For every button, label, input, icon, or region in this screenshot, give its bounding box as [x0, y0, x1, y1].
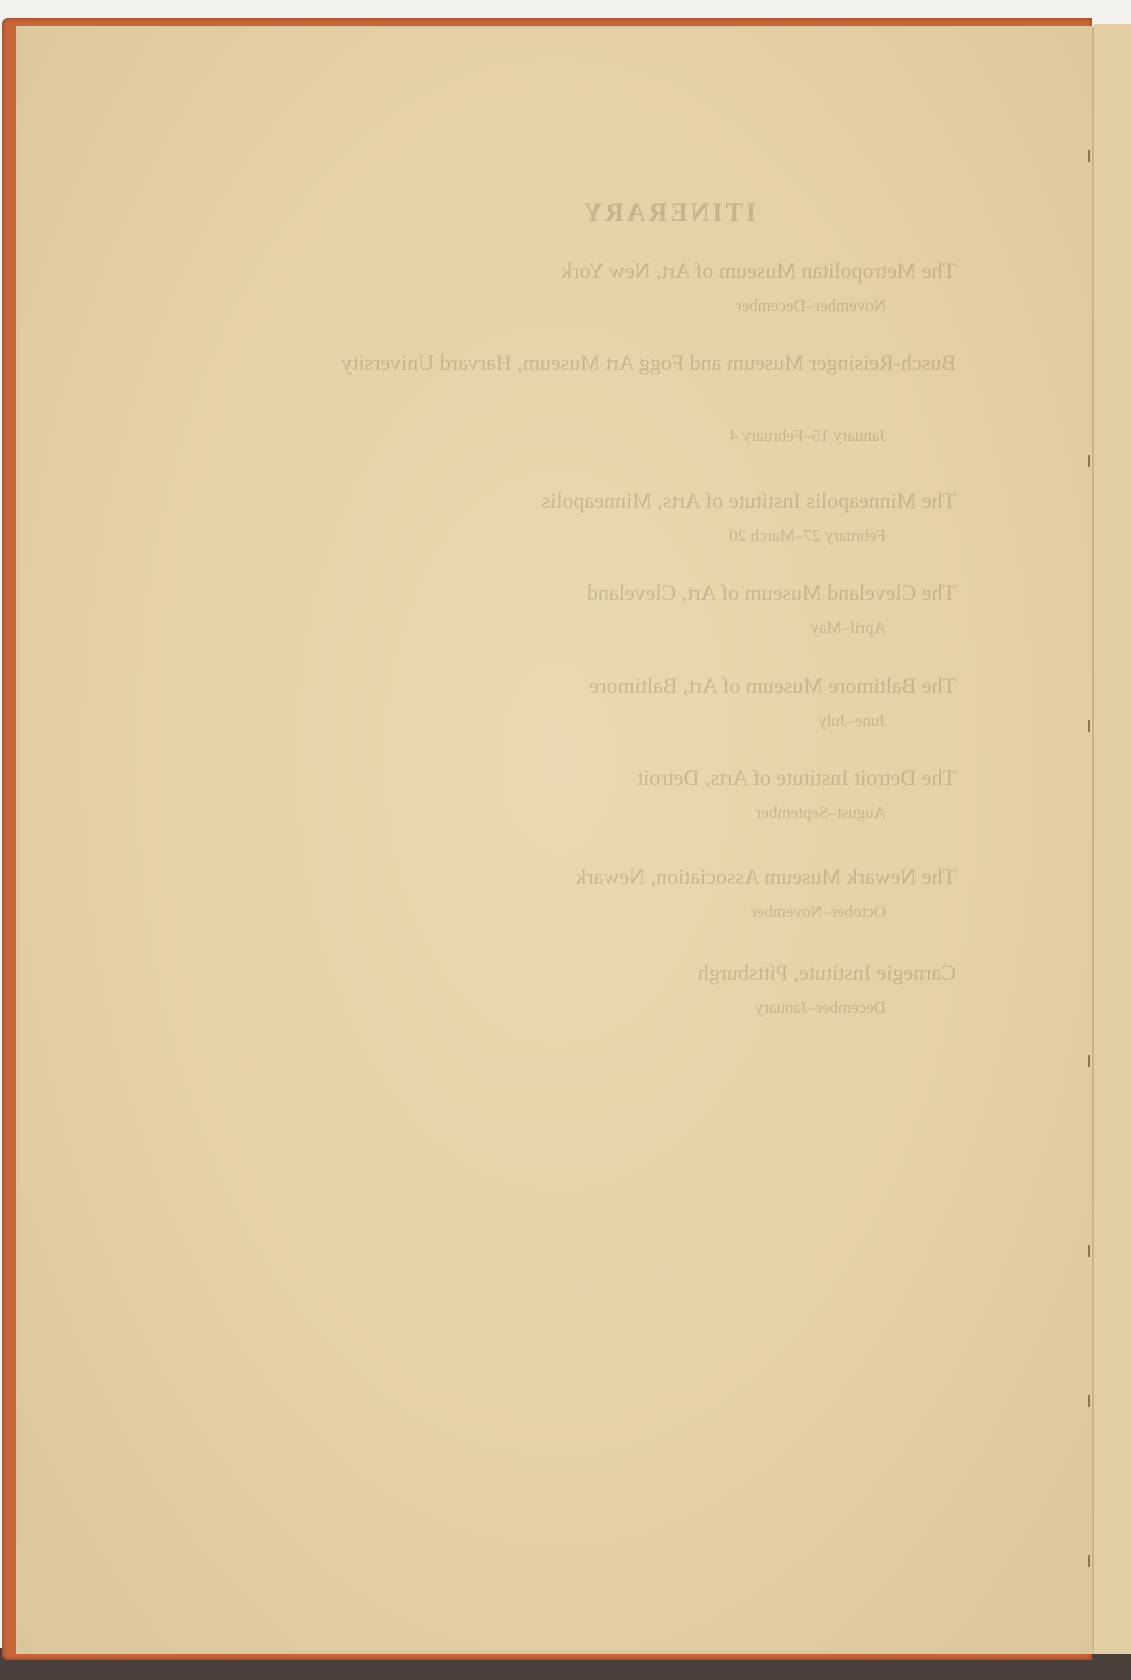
- itinerary-dates: February 27–March 20: [729, 526, 886, 546]
- itinerary-dates: June–July: [818, 711, 886, 731]
- itinerary-venue: The Baltimore Museum of Art, Baltimore: [589, 673, 956, 699]
- binding-stitch: [1088, 720, 1096, 732]
- itinerary-venue: The Minneapolis Institute of Arts, Minne…: [542, 488, 956, 514]
- binding-stitch: [1088, 1555, 1096, 1567]
- itinerary-dates: January 15–February 4: [729, 426, 886, 446]
- mirrored-show-through-text: ITINERARY The Metropolitan Museum of Art…: [20, 28, 1096, 1650]
- binding-stitch: [1088, 150, 1096, 162]
- itinerary-venue: The Detroit Institute of Arts, Detroit: [637, 765, 956, 791]
- binding-stitch: [1088, 1245, 1096, 1257]
- itinerary-dates: August–September: [756, 803, 886, 823]
- facing-page-edge: [1094, 24, 1131, 1654]
- binding-stitch: [1088, 1055, 1096, 1067]
- binding-stitch: [1088, 455, 1096, 467]
- itinerary-dates: April–May: [810, 618, 886, 638]
- itinerary-venue: The Metropolitan Museum of Art, New York: [561, 258, 956, 284]
- itinerary-venue: The Newark Museum Association, Newark: [575, 864, 956, 890]
- blank-page: ITINERARY The Metropolitan Museum of Art…: [20, 28, 1096, 1650]
- itinerary-venue: Carnegie Institute, Pittsburgh: [698, 960, 956, 986]
- itinerary-venue: The Cleveland Museum of Art, Cleveland: [587, 580, 956, 606]
- binding-stitch: [1088, 1395, 1096, 1407]
- itinerary-dates: November–December: [736, 296, 886, 316]
- itinerary-dates: October–November: [751, 902, 886, 922]
- itinerary-heading: ITINERARY: [581, 198, 756, 228]
- itinerary-dates: December–January: [755, 998, 886, 1018]
- itinerary-venue: Busch-Reisinger Museum and Fogg Art Muse…: [341, 350, 956, 376]
